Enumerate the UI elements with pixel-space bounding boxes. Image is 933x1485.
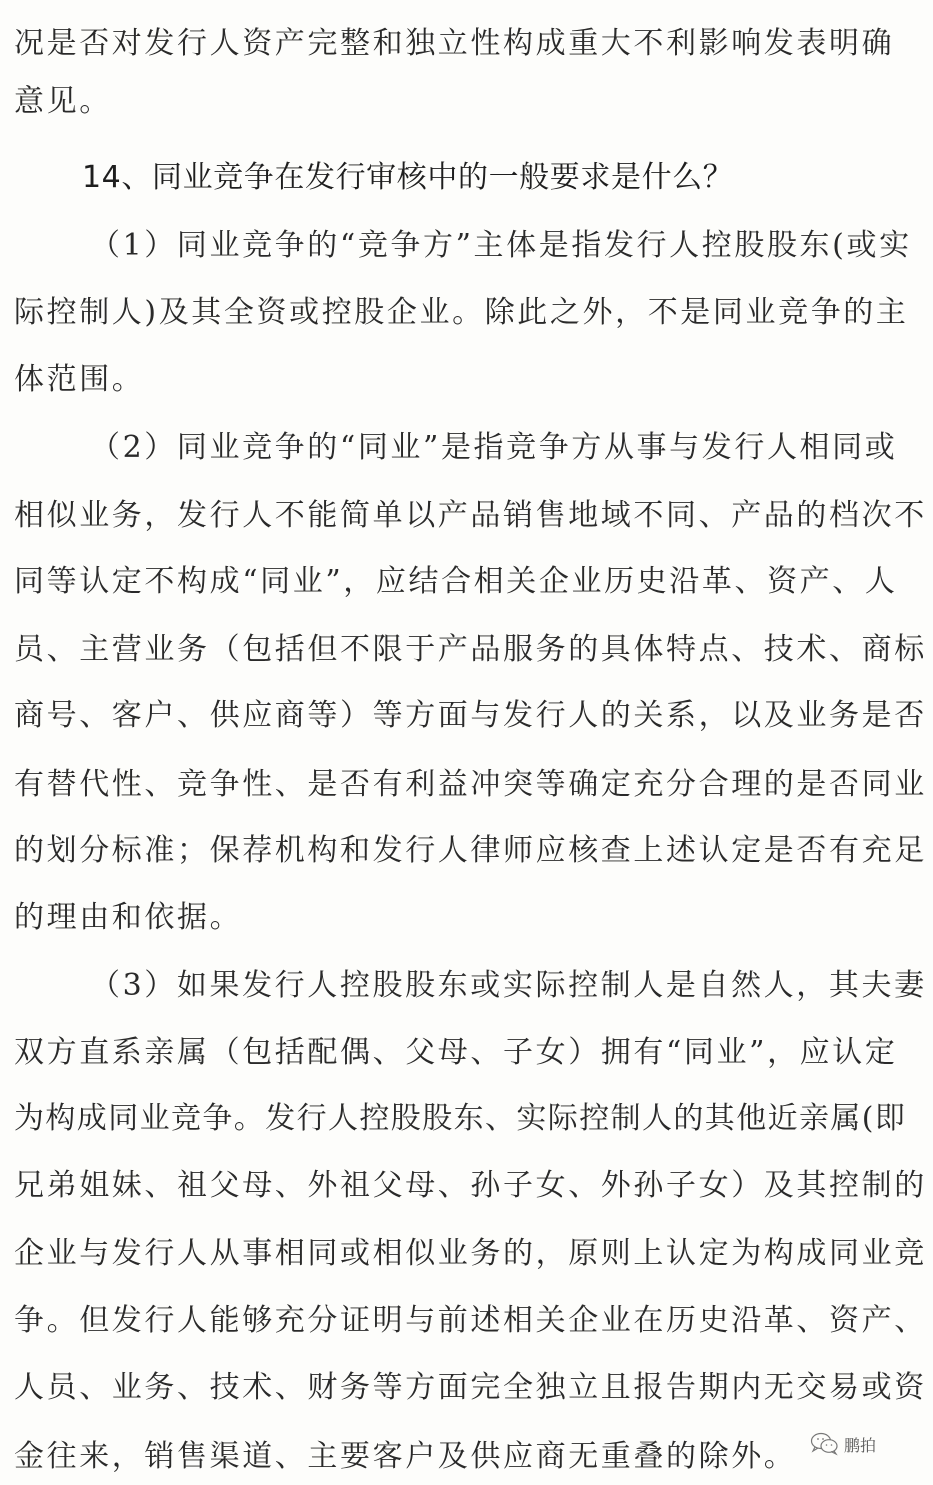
text-line: 金往来，销售渠道、主要客户及供应商无重叠的除外。 (14, 1439, 924, 1475)
section-heading: 14、同业竞争在发行审核中的一般要求是什么？ (82, 160, 933, 196)
text-line: 企业与发行人从事相同或相似业务的，原则上认定为构成同业竞 (14, 1236, 924, 1272)
text-line: 人员、业务、技术、财务等方面完全独立且报告期内无交易或资 (14, 1370, 924, 1406)
text-line: 为构成同业竞争。发行人控股股东、实际控制人的其他近亲属(即 (14, 1101, 924, 1137)
text-line: 况是否对发行人资产完整和独立性构成重大不利影响发表明确 (14, 26, 924, 62)
document-page: 况是否对发行人资产完整和独立性构成重大不利影响发表明确 意见。 14、同业竞争在… (0, 0, 933, 1485)
text-line: 员、主营业务（包括但不限于产品服务的具体特点、技术、商标 (14, 632, 924, 668)
paragraph-2-start: （2）同业竞争的“同业”是指竞争方从事与发行人相同或 (90, 430, 933, 466)
text-line: 同等认定不构成“同业”，应结合相关企业历史沿革、资产、人 (14, 564, 924, 600)
wechat-icon (810, 1432, 840, 1456)
text-line: 争。但发行人能够充分证明与前述相关企业在历史沿革、资产、 (14, 1303, 924, 1339)
text-line: 相似业务，发行人不能简单以产品销售地域不同、产品的档次不 (14, 498, 924, 534)
text-line: 际控制人)及其全资或控股企业。除此之外，不是同业竞争的主 (14, 295, 924, 331)
text-line: 商号、客户、供应商等）等方面与发行人的关系，以及业务是否 (14, 698, 924, 734)
text-line: 的划分标准；保荐机构和发行人律师应核查上述认定是否有充足 (14, 833, 924, 869)
text-line: 意见。 (14, 84, 924, 120)
text-line: 有替代性、竞争性、是否有利益冲突等确定充分合理的是否同业 (14, 767, 924, 803)
paragraph-1-start: （1）同业竞争的“竞争方”主体是指发行人控股股东(或实 (90, 228, 930, 264)
text-line: 体范围。 (14, 362, 924, 398)
watermark-label: 鹏拍 (844, 1433, 876, 1456)
text-line: 的理由和依据。 (14, 900, 924, 936)
text-line: 兄弟姐妹、祖父母、外祖父母、孙子女、外孙子女）及其控制的 (14, 1168, 924, 1204)
paragraph-3-start: （3）如果发行人控股股东或实际控制人是自然人，其夫妻 (90, 968, 933, 1004)
watermark: 鹏拍 (810, 1432, 876, 1456)
text-line: 双方直系亲属（包括配偶、父母、子女）拥有“同业”，应认定 (14, 1035, 924, 1071)
